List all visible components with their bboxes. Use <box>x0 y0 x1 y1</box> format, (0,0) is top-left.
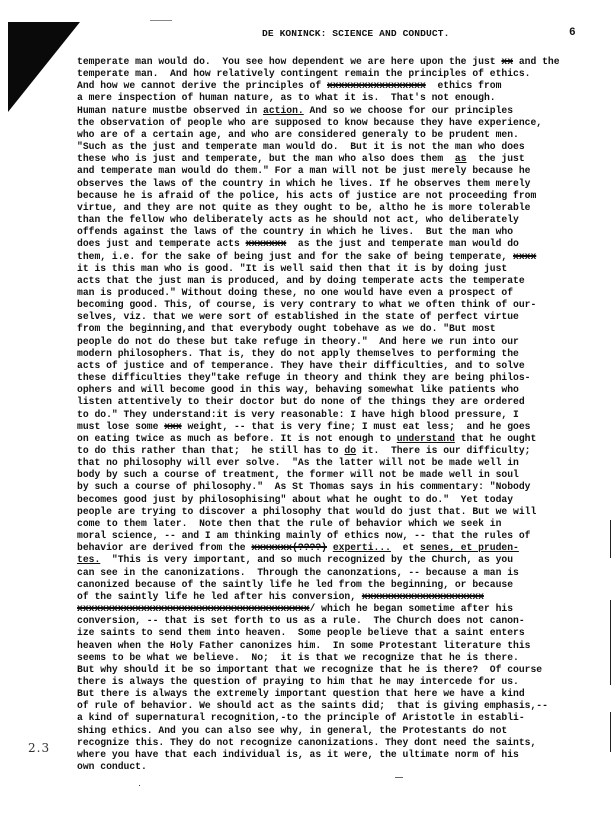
text-run: recognize this. They do not recognize ca… <box>77 737 536 748</box>
text-run: becoming good. This, of course, is very … <box>77 299 536 310</box>
text-run: becomes good just by philosophising" abo… <box>77 494 513 505</box>
text-line: becoming good. This, of course, is very … <box>77 299 607 311</box>
text-line: it is this man who is good. "It is well … <box>77 263 607 275</box>
text-run: shing ethics. And you can also see why, … <box>77 725 507 736</box>
text-run: of rule of behavior. We should act as th… <box>77 700 548 711</box>
text-line: from the beginning,and that everybody ou… <box>77 323 607 335</box>
text-run: a mere inspection of human nature, as to… <box>77 92 496 103</box>
text-run: temperate man. And how relatively contin… <box>77 68 530 79</box>
text-run: acts of justice and of temperance. They … <box>77 360 525 371</box>
handwritten-margin-note: 2.3 <box>28 741 50 755</box>
text-run: them, i.e. for the sake of being just an… <box>77 251 513 262</box>
text-line: and temperate man would do them." For a … <box>77 165 607 177</box>
underlined-text: do <box>344 445 356 456</box>
text-line: these difficulties they"take refuge in t… <box>77 372 607 384</box>
text-run: canonized because of the saintly life he… <box>77 579 513 590</box>
text-line: becomes good just by philosophising" abo… <box>77 494 607 506</box>
text-line: seems to be what we believe. No; it is t… <box>77 652 607 664</box>
text-line: because he is afraid of the police, his … <box>77 190 607 202</box>
text-line: selves, viz. that we were sort of establ… <box>77 311 607 323</box>
text-line: a mere inspection of human nature, as to… <box>77 92 607 104</box>
text-run: body by such a course of treatment, the … <box>77 469 519 480</box>
text-line: own conduct. <box>77 761 607 773</box>
text-line: listen attentively to their doctor but d… <box>77 396 607 408</box>
text-run: and the <box>513 56 560 67</box>
text-line: "Such as the just and temperate man woul… <box>77 141 607 153</box>
text-run: ize saints to send them into heaven. Som… <box>77 627 525 638</box>
text-line: shing ethics. And you can also see why, … <box>77 725 607 737</box>
scan-edge-line <box>610 712 611 752</box>
text-line: that no philosophy will ever solve. "As … <box>77 457 607 469</box>
struck-text: xxxxxxxxxxxxxxxxxxxxx <box>362 591 484 602</box>
text-line: by such a course of philosophy." As St T… <box>77 481 607 493</box>
text-run: come to them later. Note then that the r… <box>77 518 501 529</box>
struck-text: xx <box>501 56 513 67</box>
struck-text: xxxxxxx(????) <box>251 542 327 553</box>
text-run: Human nature mustbe observed in <box>77 105 263 116</box>
underlined-text: senes, et pruden- <box>420 542 519 553</box>
text-line: heaven when the Holy Father canonizes hi… <box>77 640 607 652</box>
text-line: ophers and will become good in this way,… <box>77 384 607 396</box>
text-line: temperate man. And how relatively contin… <box>77 68 607 80</box>
scan-edge-line <box>610 600 611 685</box>
text-run: virtue, and they are not quite as they o… <box>77 202 530 213</box>
text-run: on eating twice as much as before. It is… <box>77 433 397 444</box>
text-run: And how we cannot derive the principles … <box>77 80 327 91</box>
text-run: where you have that each individual is, … <box>77 749 519 760</box>
text-run: to do this rather than that; he still ha… <box>77 445 344 456</box>
running-header: DE KONINCK: SCIENCE AND CONDUCT. <box>262 28 449 39</box>
text-line: them, i.e. for the sake of being just an… <box>77 251 607 263</box>
text-line: than the fellow who deliberately acts as… <box>77 214 607 226</box>
underlined-text: understand <box>397 433 455 444</box>
text-line: moral science, -- and I am thinking main… <box>77 530 607 542</box>
text-line: ize saints to send them into heaven. Som… <box>77 627 607 639</box>
text-line: acts that the just man is produced, and … <box>77 275 607 287</box>
text-run: by such a course of philosophy." As St T… <box>77 481 530 492</box>
text-run: offends against the laws of the country … <box>77 226 513 237</box>
text-run: And so we choose for our principles <box>304 105 513 116</box>
text-line: come to them later. Note then that the r… <box>77 518 607 530</box>
text-run: and temperate man would do them." For a … <box>77 165 530 176</box>
text-run: does just and temperate acts <box>77 238 246 249</box>
text-run: people are trying to discover a philosop… <box>77 506 536 517</box>
text-line: does just and temperate acts xxxxxxx as … <box>77 238 607 250</box>
text-line: But there is always the extremely import… <box>77 688 607 700</box>
struck-text: xxxxxxxxxxxxxxxxx <box>327 80 426 91</box>
typescript-body: temperate man would do. You see how depe… <box>77 56 607 773</box>
text-run: conversion, -- that is set forth to us a… <box>77 615 525 626</box>
text-run: than the fellow who deliberately acts as… <box>77 214 519 225</box>
text-line: acts of justice and of temperance. They … <box>77 360 607 372</box>
text-run: who are of a certain age, and who are co… <box>77 129 519 140</box>
text-run: ophers and will become good in this way,… <box>77 384 519 395</box>
text-line: temperate man would do. You see how depe… <box>77 56 607 68</box>
text-line: the observation of people who are suppos… <box>77 117 607 129</box>
text-run: that no philosophy will ever solve. "As … <box>77 457 519 468</box>
text-line: can see in the canonizations. Through th… <box>77 567 607 579</box>
text-line: who are of a certain age, and who are co… <box>77 129 607 141</box>
page-number: 6 <box>569 27 576 39</box>
text-line: conversion, -- that is set forth to us a… <box>77 615 607 627</box>
scan-speck <box>150 20 172 21</box>
text-run: these who is just and temperate, but the… <box>77 153 455 164</box>
scan-speck <box>395 777 403 778</box>
scan-edge-line <box>610 520 611 558</box>
text-run: the just <box>467 153 525 164</box>
text-run: / which he began sometime after his <box>310 603 513 614</box>
text-run: from the beginning,and that everybody ou… <box>77 323 496 334</box>
struck-text: xxxx <box>513 251 536 262</box>
text-line: people are trying to discover a philosop… <box>77 506 607 518</box>
text-line: modern philosophers. That is, they do no… <box>77 348 607 360</box>
text-run: people do not do these but take refuge i… <box>77 336 519 347</box>
text-run: man is produced." Without doing these, n… <box>77 287 513 298</box>
text-line: body by such a course of treatment, the … <box>77 469 607 481</box>
text-run: that he ought <box>455 433 536 444</box>
text-line: canonized because of the saintly life he… <box>77 579 607 591</box>
text-run: selves, viz. that we were sort of establ… <box>77 311 519 322</box>
text-run: weight, -- that is very fine; I must eat… <box>182 421 531 432</box>
text-run: "Such as the just and temperate man woul… <box>77 141 525 152</box>
text-run: must lose some <box>77 421 164 432</box>
text-run: a kind of supernatural recognition,-to t… <box>77 712 525 723</box>
text-run: seems to be what we believe. No; it is t… <box>77 652 519 663</box>
struck-text: xxx <box>164 421 181 432</box>
text-line: And how we cannot derive the principles … <box>77 80 607 92</box>
underlined-text: as <box>455 153 467 164</box>
text-run: these difficulties they"take refuge in t… <box>77 372 530 383</box>
text-line: observes the laws of the country in whic… <box>77 178 607 190</box>
text-line: Human nature mustbe observed in action. … <box>77 105 607 117</box>
text-line: on eating twice as much as before. It is… <box>77 433 607 445</box>
text-run: et <box>391 542 420 553</box>
text-line: recognize this. They do not recognize ca… <box>77 737 607 749</box>
text-run: can see in the canonizations. Through th… <box>77 567 519 578</box>
struck-text: xxxxxxxxxxxxxxxxxxxxxxxxxxxxxxxxxxxxxxxx <box>77 603 310 614</box>
text-line: behavior are derived from the xxxxxxx(??… <box>77 542 607 554</box>
text-line: where you have that each individual is, … <box>77 749 607 761</box>
text-line: people do not do these but take refuge i… <box>77 336 607 348</box>
text-line: man is produced." Without doing these, n… <box>77 287 607 299</box>
text-run: own conduct. <box>77 761 147 772</box>
text-run: to do." They understand:it is very reaso… <box>77 409 519 420</box>
text-line: to do this rather than that; he still ha… <box>77 445 607 457</box>
text-line: xxxxxxxxxxxxxxxxxxxxxxxxxxxxxxxxxxxxxxxx… <box>77 603 607 615</box>
text-run: "This is very important, and so much rec… <box>100 554 513 565</box>
text-line: must lose some xxx weight, -- that is ve… <box>77 421 607 433</box>
text-line: of rule of behavior. We should act as th… <box>77 700 607 712</box>
text-run: observes the laws of the country in whic… <box>77 178 530 189</box>
text-run: modern philosophers. That is, they do no… <box>77 348 519 359</box>
text-line: to do." They understand:it is very reaso… <box>77 409 607 421</box>
scan-speck <box>139 785 140 786</box>
text-run: it is this man who is good. "It is well … <box>77 263 507 274</box>
text-run: acts that the just man is produced, and … <box>77 275 525 286</box>
text-run: temperate man would do. You see how depe… <box>77 56 501 67</box>
text-line: of the saintly life he led after his con… <box>77 591 607 603</box>
text-run: there is always the question of praying … <box>77 676 519 687</box>
text-run: because he is afraid of the police, his … <box>77 190 536 201</box>
text-run: it. There is our difficulty; <box>356 445 530 456</box>
text-line: a kind of supernatural recognition,-to t… <box>77 712 607 724</box>
underlined-text: tes. <box>77 554 100 565</box>
text-run: as the just and temperate man would do <box>286 238 519 249</box>
text-run: But there is always the extremely import… <box>77 688 525 699</box>
text-run: ethics from <box>426 80 502 91</box>
text-line: these who is just and temperate, but the… <box>77 153 607 165</box>
text-line: offends against the laws of the country … <box>77 226 607 238</box>
text-run: listen attentively to their doctor but d… <box>77 396 525 407</box>
text-run: But why should it be so important that w… <box>77 664 542 675</box>
text-line: virtue, and they are not quite as they o… <box>77 202 607 214</box>
text-run: moral science, -- and I am thinking main… <box>77 530 530 541</box>
underlined-text: action. <box>263 105 304 116</box>
text-run: of the saintly life he led after his con… <box>77 591 362 602</box>
text-run: behavior are derived from the <box>77 542 251 553</box>
text-line: there is always the question of praying … <box>77 676 607 688</box>
underlined-text: experti... <box>333 542 391 553</box>
scan-corner-mark <box>8 22 80 112</box>
text-run: heaven when the Holy Father canonizes hi… <box>77 640 530 651</box>
text-line: But why should it be so important that w… <box>77 664 607 676</box>
struck-text: xxxxxxx <box>246 238 287 249</box>
text-run: the observation of people who are suppos… <box>77 117 542 128</box>
text-line: tes. "This is very important, and so muc… <box>77 554 607 566</box>
